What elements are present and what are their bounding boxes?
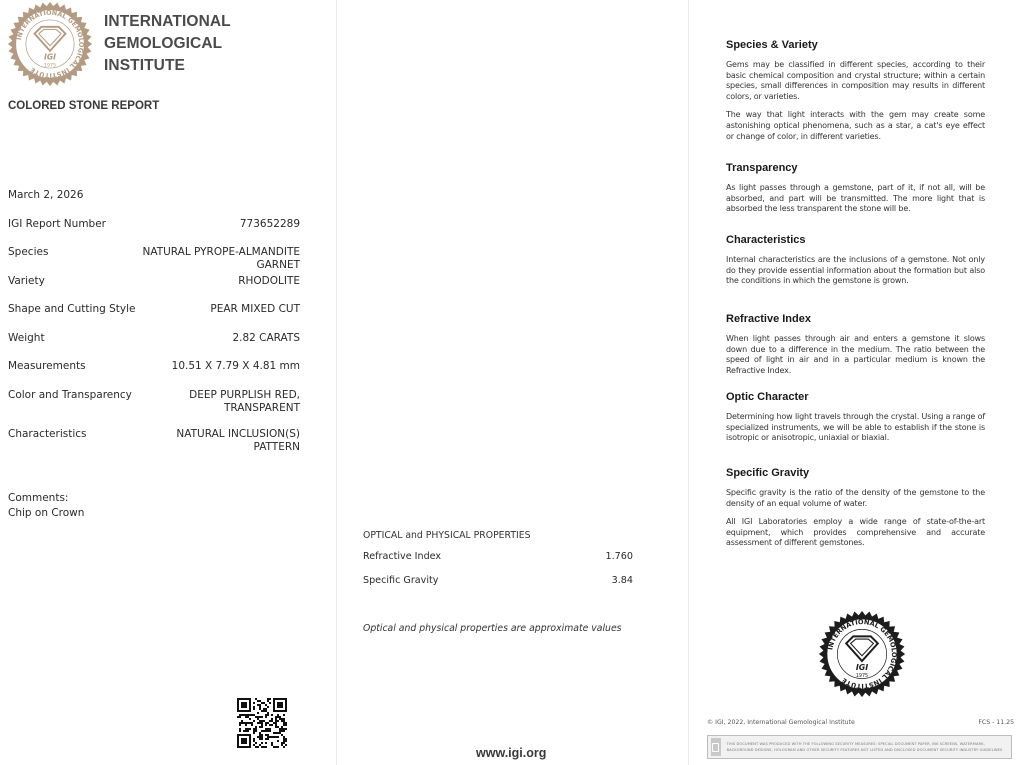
info-paragraph: As light passes through a gemstone, part…	[726, 183, 985, 215]
field-value: 10.51 X 7.79 X 4.81 mm	[172, 360, 300, 373]
info-characteristics: Characteristics Internal characteristics…	[726, 234, 985, 295]
field-value: DEEP PURPLISH RED, TRANSPARENT	[189, 389, 300, 415]
info-heading: Refractive Index	[726, 313, 985, 325]
report-date: March 2, 2026	[8, 189, 83, 201]
info-heading: Transparency	[726, 162, 985, 174]
report-panel: INTERNATIONAL GEMOLOGICAL INSTITUTEIGI19…	[0, 0, 336, 765]
document-lock-icon	[711, 738, 721, 756]
comments: Comments: Chip on Crown	[8, 491, 84, 521]
info-refractive-index: Refractive Index When light passes throu…	[726, 313, 985, 384]
website-link[interactable]: www.igi.org	[476, 746, 546, 760]
security-notice: THIS DOCUMENT WAS PRODUCED WITH THE FOLL…	[707, 735, 1012, 759]
property-label: Refractive Index	[363, 551, 441, 562]
page-fold-2	[688, 0, 689, 765]
svg-text:IGI: IGI	[856, 663, 868, 672]
field-label: Characteristics	[8, 428, 87, 440]
info-species-variety: Species & Variety Gems may be classified…	[726, 39, 985, 150]
copyright: © IGI, 2022, International Gemological I…	[707, 719, 855, 726]
info-heading: Optic Character	[726, 391, 985, 403]
page-fold-1	[336, 0, 337, 765]
info-optic-character: Optic Character Determining how light tr…	[726, 391, 985, 452]
field-value: 2.82 CARATS	[232, 332, 300, 345]
property-value: 3.84	[612, 575, 633, 586]
info-transparency: Transparency As light passes through a g…	[726, 162, 985, 223]
qr-code[interactable]	[236, 698, 288, 748]
institute-name: INTERNATIONAL GEMOLOGICAL INSTITUTE	[104, 11, 231, 77]
info-paragraph: The way that light interacts with the ge…	[726, 110, 985, 142]
svg-text:1975: 1975	[856, 673, 868, 679]
field-label: Measurements	[8, 360, 86, 372]
comments-value: Chip on Crown	[8, 506, 84, 521]
field-value: RHODOLITE	[238, 275, 300, 288]
info-heading: Specific Gravity	[726, 467, 985, 479]
institute-name-line-3: INSTITUTE	[104, 55, 231, 77]
properties-note: Optical and physical properties are appr…	[363, 623, 622, 634]
field-value: NATURAL PYROPE-ALMANDITE GARNET	[142, 246, 300, 272]
info-paragraph: All IGI Laboratories employ a wide range…	[726, 517, 985, 549]
field-value: NATURAL INCLUSION(S) PATTERN	[176, 428, 300, 454]
info-heading: Species & Variety	[726, 39, 985, 51]
institute-name-line-2: GEMOLOGICAL	[104, 33, 231, 55]
info-specific-gravity: Specific Gravity Specific gravity is the…	[726, 467, 985, 557]
info-paragraph: Internal characteristics are the inclusi…	[726, 255, 985, 287]
property-label: Specific Gravity	[363, 575, 438, 586]
property-value: 1.760	[606, 551, 633, 562]
igi-seal-icon: INTERNATIONAL GEMOLOGICAL INSTITUTEIGI19…	[7, 1, 93, 87]
field-label: Color and Transparency	[8, 389, 132, 401]
info-paragraph: Gems may be classified in different spec…	[726, 60, 985, 102]
field-label: Variety	[8, 275, 45, 287]
field-label: Weight	[8, 332, 45, 344]
field-label: IGI Report Number	[8, 218, 106, 230]
info-paragraph: Specific gravity is the ratio of the den…	[726, 488, 985, 509]
svg-text:1975: 1975	[44, 62, 56, 68]
info-paragraph: When light passes through air and enters…	[726, 334, 985, 376]
form-code: FCS - 11.25	[978, 719, 1014, 726]
report-title: COLORED STONE REPORT	[8, 100, 159, 112]
comments-label: Comments:	[8, 491, 84, 506]
field-label: Species	[8, 246, 48, 258]
info-paragraph: Determining how light travels through th…	[726, 412, 985, 444]
field-value: 773652289	[240, 218, 300, 231]
field-label: Shape and Cutting Style	[8, 303, 135, 315]
svg-text:IGI: IGI	[44, 52, 56, 61]
igi-seal-dark-icon: INTERNATIONAL GEMOLOGICAL INSTITUTEIGI19…	[818, 610, 906, 698]
info-heading: Characteristics	[726, 234, 985, 246]
security-text: THIS DOCUMENT WAS PRODUCED WITH THE FOLL…	[727, 741, 1011, 753]
institute-name-line-1: INTERNATIONAL	[104, 11, 231, 33]
properties-title: OPTICAL and PHYSICAL PROPERTIES	[363, 530, 531, 541]
field-value: PEAR MIXED CUT	[210, 303, 300, 316]
